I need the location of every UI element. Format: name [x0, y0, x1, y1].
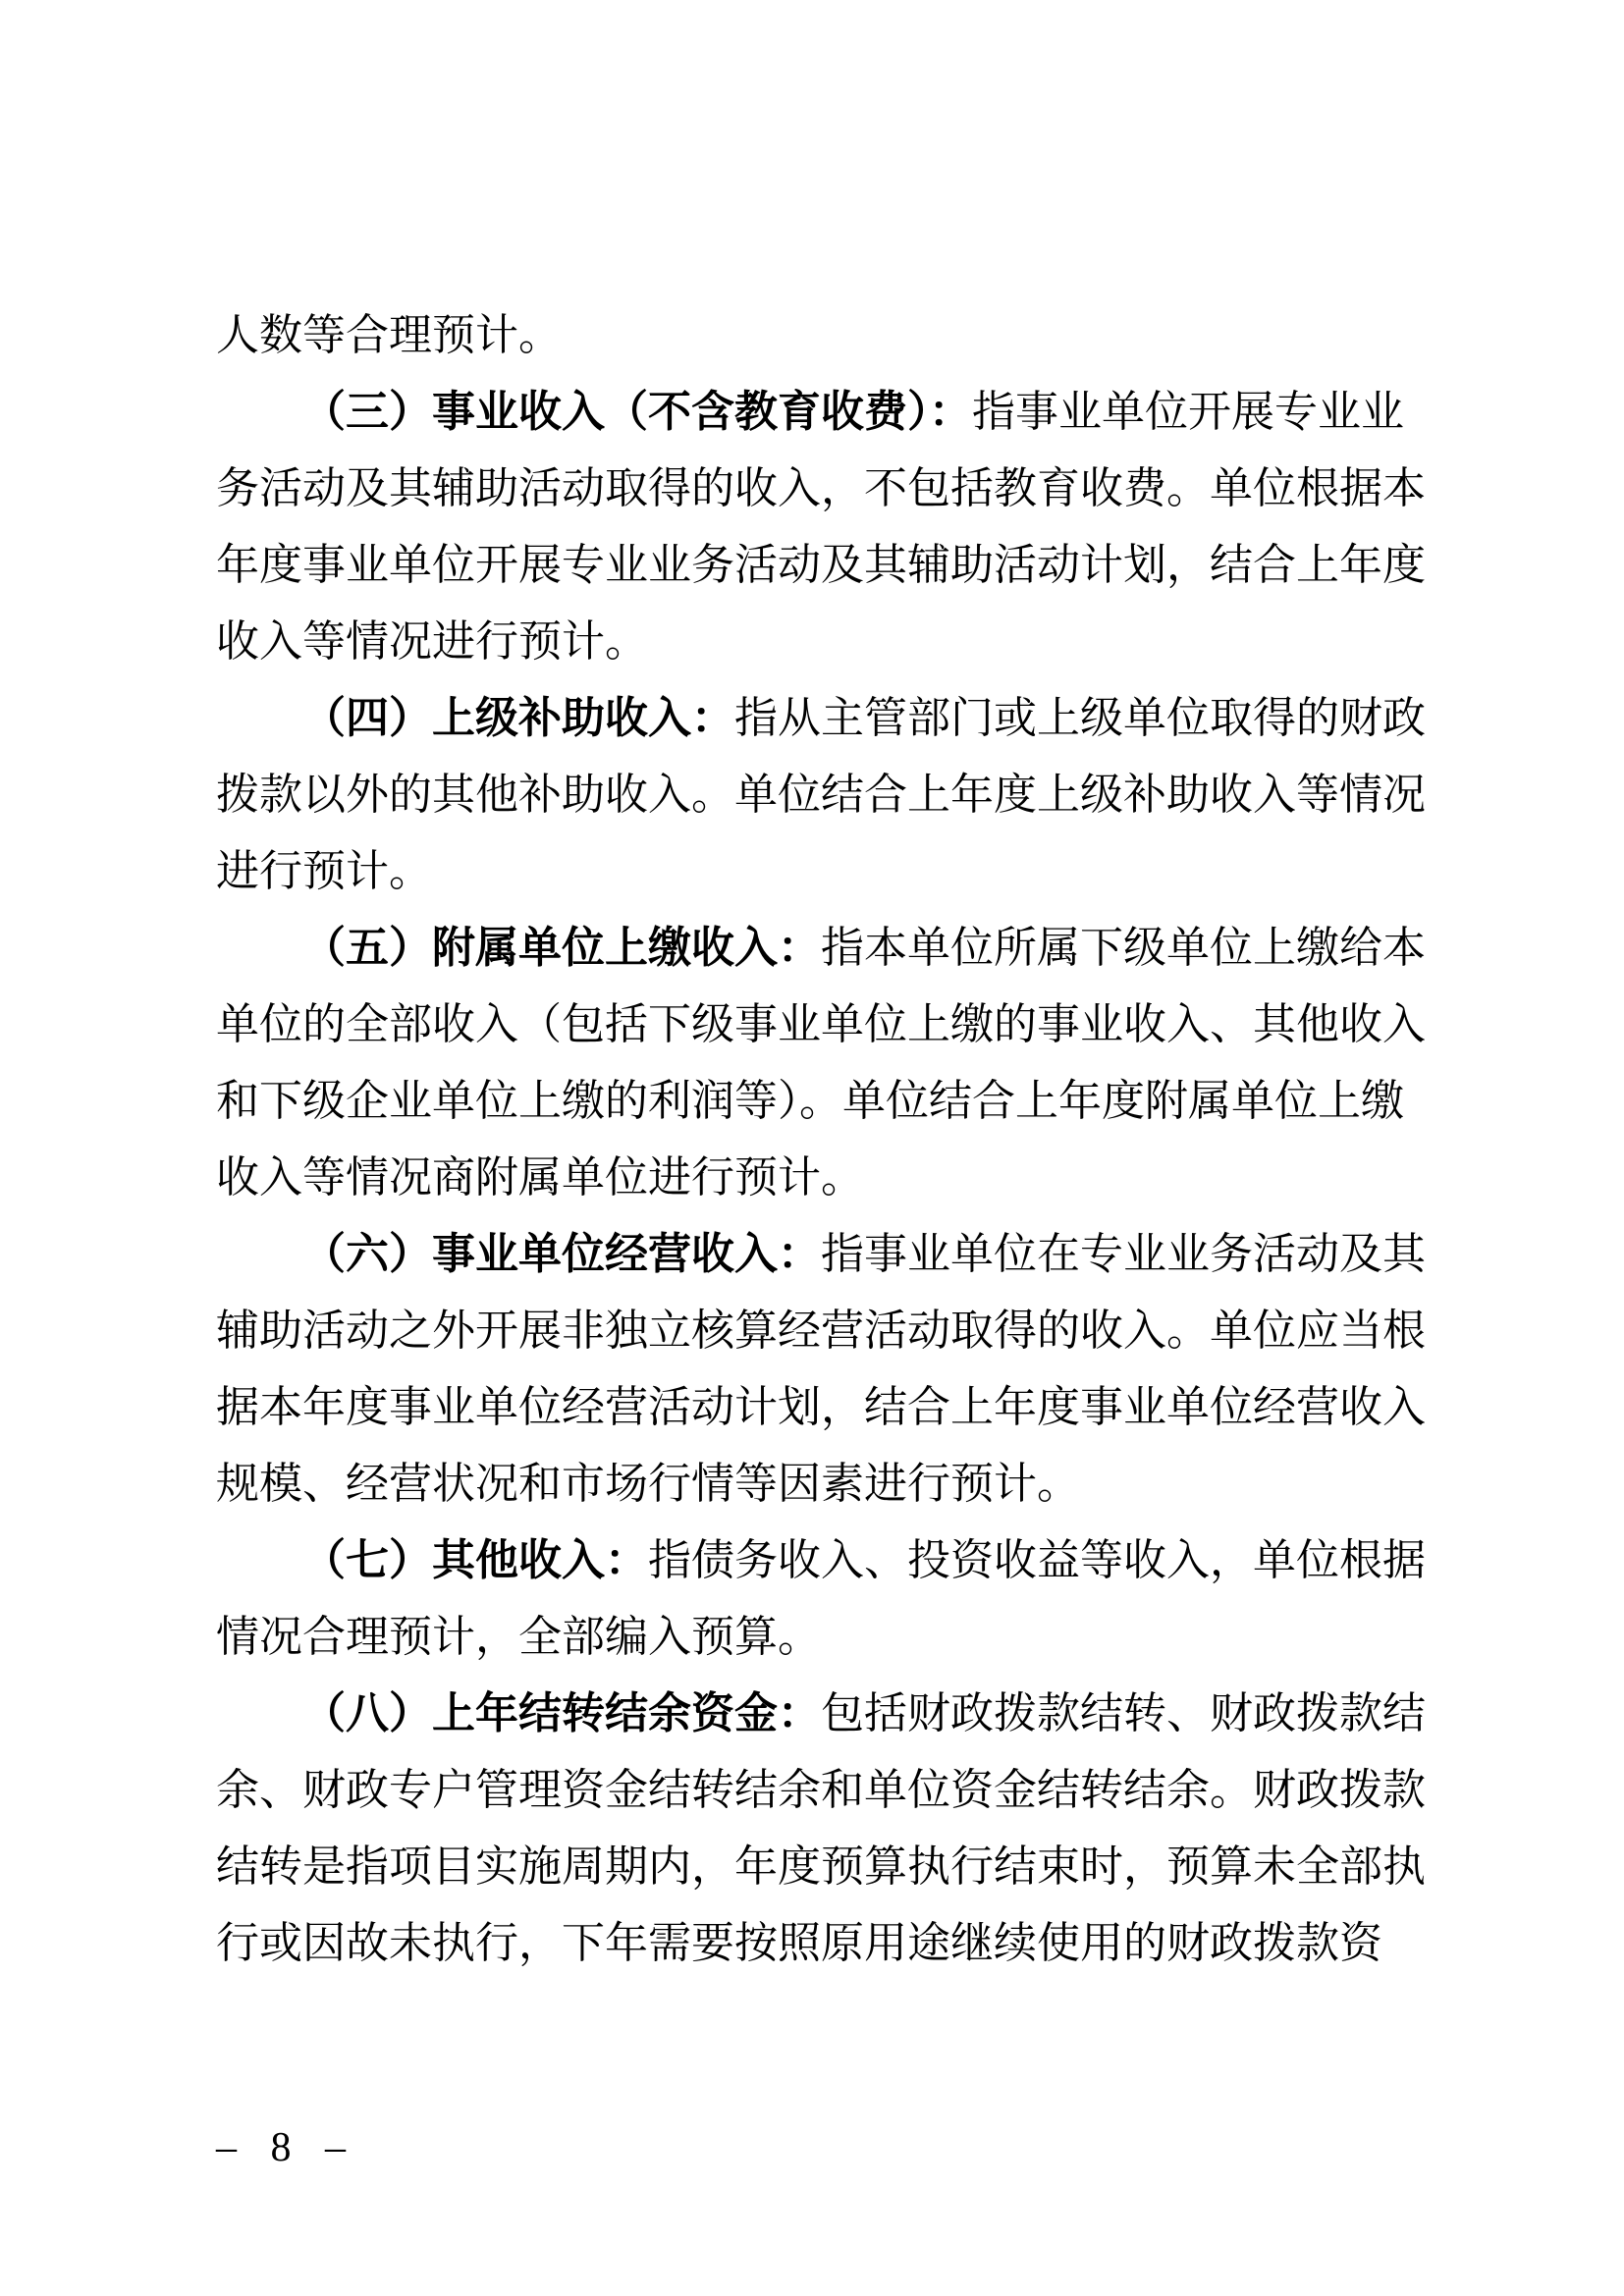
text-line: 年度事业单位开展专业业务活动及其辅助活动计划，结合上年度: [216, 527, 1426, 604]
text-line: 行或因故未执行，下年需要按照原用途继续使用的财政拨款资: [216, 1905, 1426, 1982]
text-line: 结转是指项目实施周期内，年度预算执行结束时，预算未全部执: [216, 1829, 1426, 1905]
section-heading-run: （五）附属单位上缴收入：: [302, 924, 821, 972]
section-heading-run: （三）事业收入（不含教育收费）：: [302, 388, 972, 436]
text-line: 进行预计。: [216, 833, 1426, 910]
section-heading-run: （八）上年结转结余资金：: [302, 1689, 821, 1737]
body-text-run: 指本单位所属下级单位上缴给本: [821, 924, 1426, 972]
section-heading-run: （四）上级补助收入：: [302, 694, 734, 742]
text-line: 辅助活动之外开展非独立核算经营活动取得的收入。单位应当根: [216, 1293, 1426, 1369]
text-line: 余、财政专户管理资金结转结余和单位资金结转结余。财政拨款: [216, 1752, 1426, 1829]
body-text-run: 单位的全部收入（包括下级事业单位上缴的事业收入、其他收入: [216, 1000, 1426, 1048]
body-text-run: 据本年度事业单位经营活动计划，结合上年度事业单位经营收入: [216, 1383, 1426, 1431]
body-text-run: 务活动及其辅助活动取得的收入，不包括教育收费。单位根据本: [216, 464, 1426, 512]
document-body: 人数等合理预计。（三）事业收入（不含教育收费）：指事业单位开展专业业务活动及其辅…: [216, 297, 1426, 1982]
text-line: 和下级企业单位上缴的利润等）。单位结合上年度附属单位上缴: [216, 1063, 1426, 1140]
body-text-run: 指从主管部门或上级单位取得的财政: [734, 694, 1426, 742]
body-text-run: 辅助活动之外开展非独立核算经营活动取得的收入。单位应当根: [216, 1307, 1426, 1355]
text-line: 情况合理预计，全部编入预算。: [216, 1599, 1426, 1676]
text-line: 据本年度事业单位经营活动计划，结合上年度事业单位经营收入: [216, 1369, 1426, 1446]
body-text-run: 指债务收入、投资收益等收入，单位根据: [648, 1536, 1426, 1584]
section-heading-run: （六）事业单位经营收入：: [302, 1230, 821, 1278]
body-text-run: 余、财政专户管理资金结转结余和单位资金结转结余。财政拨款: [216, 1766, 1426, 1814]
text-line: 规模、经营状况和市场行情等因素进行预计。: [216, 1446, 1426, 1522]
text-line: 收入等情况进行预计。: [216, 604, 1426, 680]
page-number: – 8 –: [216, 2122, 352, 2173]
body-text-run: 收入等情况商附属单位进行预计。: [216, 1153, 864, 1201]
text-line: 人数等合理预计。: [216, 297, 1426, 374]
text-line: （三）事业收入（不含教育收费）：指事业单位开展专业业: [216, 374, 1426, 451]
body-text-run: 包括财政拨款结转、财政拨款结: [821, 1689, 1426, 1737]
text-line: 单位的全部收入（包括下级事业单位上缴的事业收入、其他收入: [216, 987, 1426, 1063]
text-line: 务活动及其辅助活动取得的收入，不包括教育收费。单位根据本: [216, 451, 1426, 527]
body-text-run: 规模、经营状况和市场行情等因素进行预计。: [216, 1460, 1080, 1508]
body-text-run: 收入等情况进行预计。: [216, 617, 648, 666]
body-text-run: 结转是指项目实施周期内，年度预算执行结束时，预算未全部执: [216, 1842, 1426, 1891]
text-line: （四）上级补助收入：指从主管部门或上级单位取得的财政: [216, 680, 1426, 757]
text-line: 拨款以外的其他补助收入。单位结合上年度上级补助收入等情况: [216, 757, 1426, 833]
body-text-run: 情况合理预计，全部编入预算。: [216, 1613, 821, 1661]
document-page: 人数等合理预计。（三）事业收入（不含教育收费）：指事业单位开展专业业务活动及其辅…: [0, 0, 1624, 2296]
body-text-run: 指事业单位在专业业务活动及其: [821, 1230, 1426, 1278]
section-heading-run: （七）其他收入：: [302, 1536, 648, 1584]
body-text-run: 拨款以外的其他补助收入。单位结合上年度上级补助收入等情况: [216, 771, 1426, 819]
text-line: （五）附属单位上缴收入：指本单位所属下级单位上缴给本: [216, 910, 1426, 987]
text-line: （七）其他收入：指债务收入、投资收益等收入，单位根据: [216, 1522, 1426, 1599]
text-line: （八）上年结转结余资金：包括财政拨款结转、财政拨款结: [216, 1676, 1426, 1752]
body-text-run: 年度事业单位开展专业业务活动及其辅助活动计划，结合上年度: [216, 541, 1426, 589]
body-text-run: 进行预计。: [216, 847, 432, 895]
body-text-run: 指事业单位开展专业业: [972, 388, 1404, 436]
body-text-run: 行或因故未执行，下年需要按照原用途继续使用的财政拨款资: [216, 1919, 1382, 1967]
text-line: 收入等情况商附属单位进行预计。: [216, 1140, 1426, 1216]
body-text-run: 人数等合理预计。: [216, 311, 562, 359]
text-line: （六）事业单位经营收入：指事业单位在专业业务活动及其: [216, 1216, 1426, 1293]
body-text-run: 和下级企业单位上缴的利润等）。单位结合上年度附属单位上缴: [216, 1077, 1404, 1125]
